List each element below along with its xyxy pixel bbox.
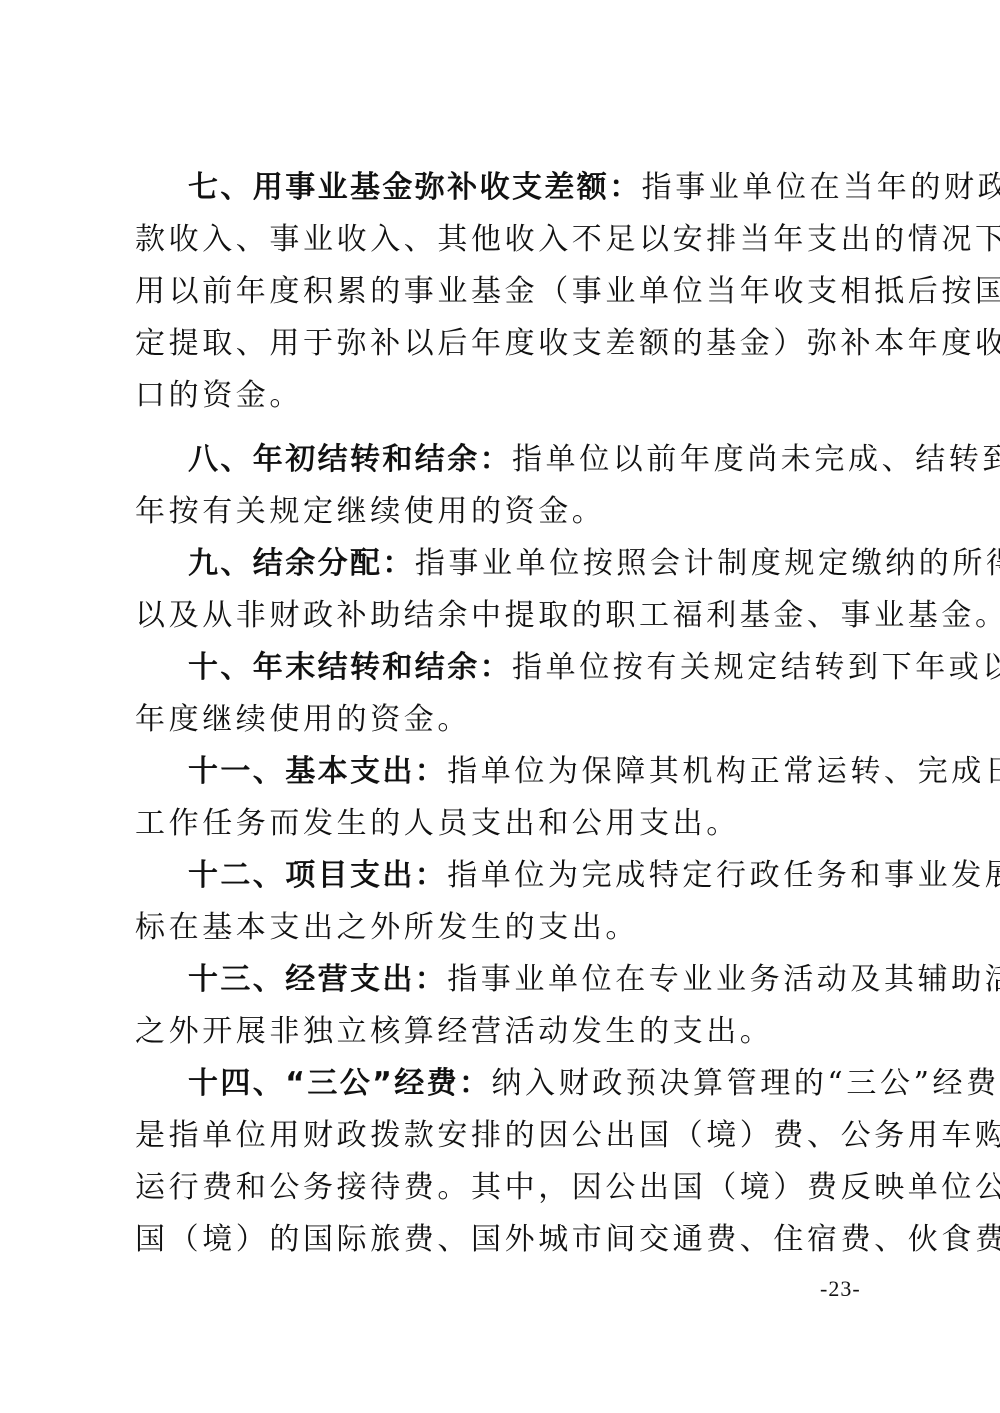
paragraph-13-line-1: 十三、经营支出：指事业单位在专业业务活动及其辅助活动 [188,960,870,1000]
paragraph-13-line-2: 之外开展非独立核算经营活动发生的支出。 [135,1012,870,1052]
paragraph-10-line-2: 年度继续使用的资金。 [135,700,870,740]
paragraph-12-line-2: 标在基本支出之外所发生的支出。 [135,908,870,948]
paragraph-13-heading: 十三、经营支出： [188,962,447,997]
paragraph-9-line-1: 九、结余分配：指事业单位按照会计制度规定缴纳的所得税 [188,544,870,584]
paragraph-8-line-2: 年按有关规定继续使用的资金。 [135,492,870,532]
paragraph-14-line-3: 运行费和公务接待费。其中，因公出国（境）费反映单位公务出 [135,1168,870,1208]
paragraph-7-line-3: 用以前年度积累的事业基金（事业单位当年收支相抵后按国家规 [135,272,870,312]
paragraph-12-heading: 十二、项目支出： [188,858,447,893]
paragraph-14-line-2: 是指单位用财政拨款安排的因公出国（境）费、公务用车购置及 [135,1116,870,1156]
paragraph-11-heading: 十一、基本支出： [188,754,447,789]
paragraph-7-heading: 七、用事业基金弥补收支差额： [188,170,642,205]
paragraph-10-line-1: 十、年末结转和结余：指单位按有关规定结转到下年或以后 [188,648,870,688]
page-number: -23- [820,1276,861,1302]
paragraph-7-line-2: 款收入、事业收入、其他收入不足以安排当年支出的情况下，使 [135,220,870,260]
paragraph-11-line-1: 十一、基本支出：指单位为保障其机构正常运转、完成日常 [188,752,870,792]
paragraph-9-line-2: 以及从非财政补助结余中提取的职工福利基金、事业基金。 [135,596,870,636]
paragraph-12-line-1: 十二、项目支出：指单位为完成特定行政任务和事业发展目 [188,856,870,896]
paragraph-14-heading: 十四、“三公”经费： [188,1066,491,1101]
paragraph-7-line-5: 口的资金。 [135,376,870,416]
paragraph-8-heading: 八、年初结转和结余： [188,442,512,477]
paragraph-7-line-4: 定提取、用于弥补以后年度收支差额的基金）弥补本年度收支缺 [135,324,870,364]
document-page: 七、用事业基金弥补收支差额：指事业单位在当年的财政拨 款收入、事业收入、其他收入… [0,0,1000,1413]
paragraph-14-line-4: 国（境）的国际旅费、国外城市间交通费、住宿费、伙食费、培 [135,1220,870,1260]
paragraph-9-heading: 九、结余分配： [188,546,415,581]
paragraph-10-heading: 十、年末结转和结余： [188,650,512,685]
paragraph-8-line-1: 八、年初结转和结余：指单位以前年度尚未完成、结转到本 [188,440,870,480]
paragraph-14-line-1: 十四、“三公”经费：纳入财政预决算管理的“三公”经费， [188,1064,870,1104]
paragraph-7-line-1: 七、用事业基金弥补收支差额：指事业单位在当年的财政拨 [188,168,870,208]
paragraph-11-line-2: 工作任务而发生的人员支出和公用支出。 [135,804,870,844]
